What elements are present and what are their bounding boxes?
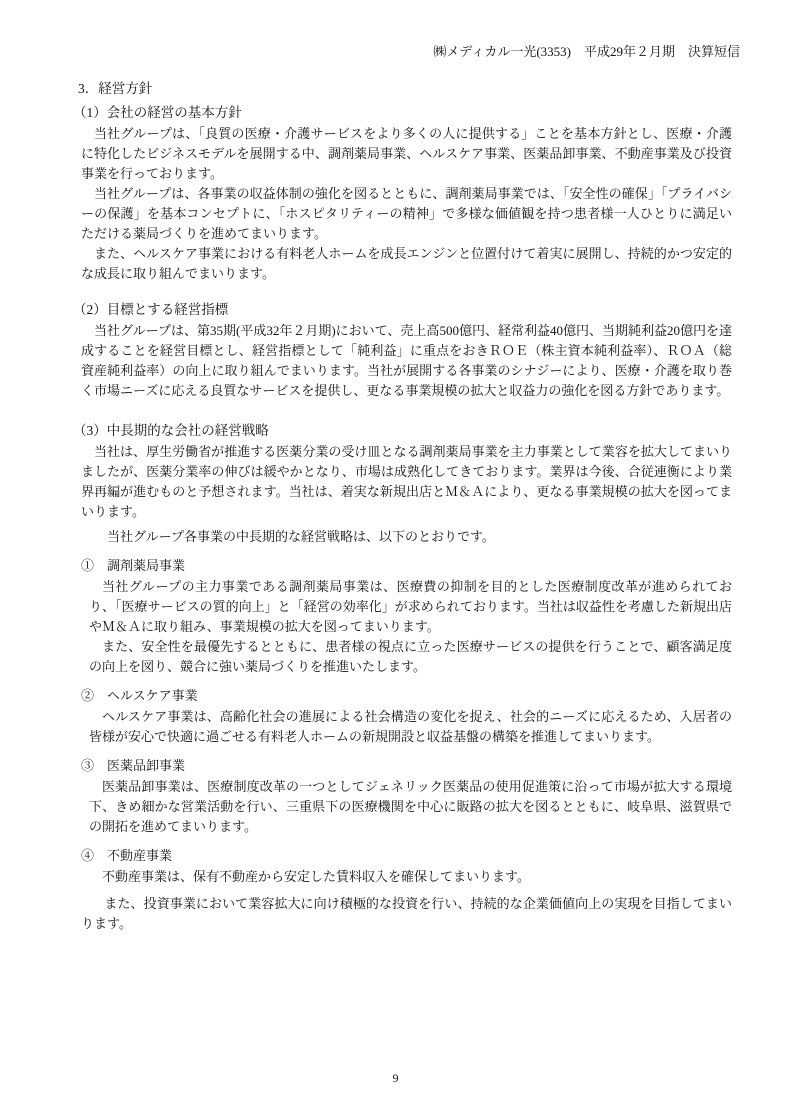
section-1-title: （1）会社の経営の基本方針 [73, 102, 732, 124]
item-1-paragraph: 当社グループの主力事業である調剤薬局事業は、医療費の抑制を目的とした医療制度改革… [89, 577, 732, 637]
item-2-heading: ② ヘルスケア事業 [81, 685, 732, 707]
document-body: 3．経営方針 （1）会社の経営の基本方針 当社グループは、「良質の医療・介護サー… [81, 78, 732, 934]
section-3-closing-paragraph: また、投資事業において業容拡大に向け積極的な投資を行い、持続的な企業価値向上の実… [81, 894, 732, 934]
section-3-intro: 当社グループ各事業の中長期的な経営戦略は、以下のとおりです。 [81, 527, 732, 547]
item-1-heading: ① 調剤薬局事業 [81, 555, 732, 577]
item-3-paragraph: 医薬品卸事業は、医療制度改革の一つとしてジェネリック医薬品の使用促進策に沿って市… [89, 777, 732, 837]
item-1-paragraph: また、安全性を最優先するとともに、患者様の視点に立った医療サービスの提供を行うこ… [89, 637, 732, 677]
section-3-title: （3）中長期的な会社の経営戦略 [73, 420, 732, 442]
section-2-title: （2）目標とする経営指標 [73, 299, 732, 321]
item-4-heading: ④ 不動産事業 [81, 845, 732, 867]
section-1-paragraph: また、ヘルスケア事業における有料老人ホームを成長エンジンと位置付けて着実に展開し… [81, 244, 732, 284]
page-number: 9 [0, 1068, 791, 1088]
business-item-realestate: ④ 不動産事業 不動産事業は、保有不動産から安定した賃料収入を確保してまいります… [81, 845, 732, 887]
item-3-heading: ③ 医薬品卸事業 [81, 755, 732, 777]
business-item-healthcare: ② ヘルスケア事業 ヘルスケア事業は、高齢化社会の進展による社会構造の変化を捉え… [81, 685, 732, 747]
item-4-paragraph: 不動産事業は、保有不動産から安定した賃料収入を確保してまいります。 [89, 867, 732, 887]
section-3-paragraph: 当社は、厚生労働省が推進する医薬分業の受け皿となる調剤薬局事業を主力事業として業… [81, 442, 732, 522]
item-2-paragraph: ヘルスケア事業は、高齢化社会の進展による社会構造の変化を捉え、社会的ニーズに応え… [89, 707, 732, 747]
business-item-pharmacy: ① 調剤薬局事業 当社グループの主力事業である調剤薬局事業は、医療費の抑制を目的… [81, 555, 732, 677]
section-1-paragraph: 当社グループは、各事業の収益体制の強化を図るとともに、調剤薬局事業では、「安全性… [81, 184, 732, 244]
document-header: ㈱メディカル一光(3353) 平成29年２月期 決算短信 [0, 42, 740, 62]
section-2-paragraph: 当社グループは、第35期(平成32年２月期)において、売上高500億円、経常利益… [81, 321, 732, 401]
document-page: ㈱メディカル一光(3353) 平成29年２月期 決算短信 3．経営方針 （1）会… [0, 0, 791, 1119]
business-item-wholesale: ③ 医薬品卸事業 医薬品卸事業は、医療制度改革の一つとしてジェネリック医薬品の使… [81, 755, 732, 837]
main-title: 3．経営方針 [78, 78, 732, 100]
section-1-paragraph: 当社グループは、「良質の医療・介護サービスをより多くの人に提供する」ことを基本方… [81, 124, 732, 184]
